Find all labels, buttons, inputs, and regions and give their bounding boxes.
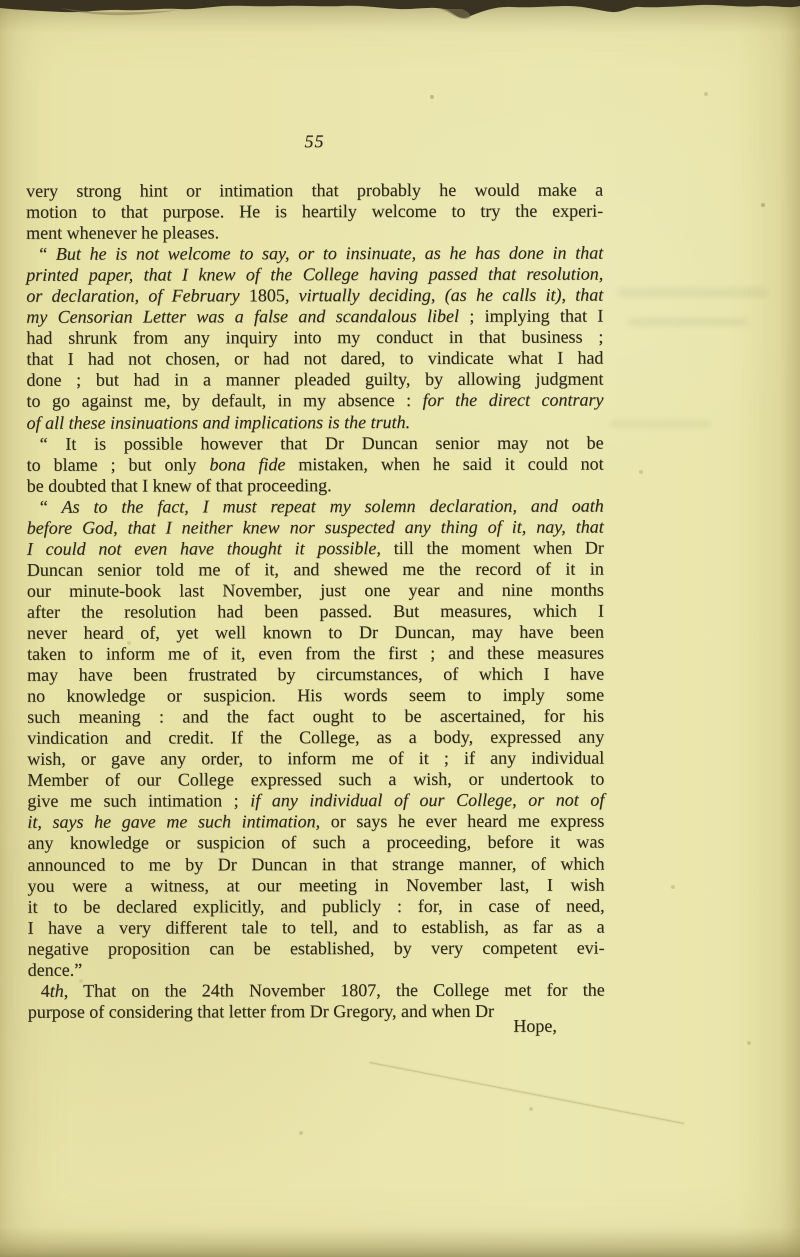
- text-line: dence.”: [28, 958, 605, 980]
- text-block: very strong hint or intimation that prob…: [26, 180, 605, 1023]
- text-segment: motion to that purpose. He is heartily w…: [26, 201, 603, 222]
- text-segment: you were a witness, at our meeting in No…: [28, 874, 605, 895]
- text-segment: But he is not welcome to say, or to insi…: [56, 243, 603, 264]
- text-segment: of all these insinuations and implicatio…: [27, 411, 411, 432]
- text-line: motion to that purpose. He is heartily w…: [26, 201, 603, 223]
- text-line: never heard of, yet well known to Dr Dun…: [27, 622, 604, 644]
- text-line: vindication and credit. If the College, …: [27, 727, 604, 749]
- text-segment: I could not even have thought it possibl…: [27, 538, 381, 559]
- text-line: it to be declared explicitly, and public…: [28, 895, 605, 917]
- text-line: printed paper, that I knew of the Colleg…: [26, 264, 603, 286]
- text-segment: vindication and credit. If the College, …: [27, 727, 604, 748]
- text-segment: announced to me by Dr Duncan in that str…: [27, 853, 604, 874]
- text-segment: I have a very different tale to tell, an…: [28, 916, 605, 937]
- text-segment: Duncan senior told me of it, and shewed …: [27, 558, 604, 579]
- text-line: taken to inform me of it, even from the …: [27, 643, 604, 665]
- text-segment: 1805: [249, 285, 285, 305]
- text-segment: may have been frustrated by circumstance…: [27, 664, 604, 685]
- text-line: any knowledge or suspicion of such a pro…: [27, 832, 604, 854]
- text-line: “ But he is not welcome to say, or to in…: [26, 243, 603, 265]
- text-line: done ; but had in a manner pleaded guilt…: [26, 369, 603, 391]
- text-line: our minute-book last November, just one …: [27, 579, 604, 601]
- text-line: my Censorian Letter was a false and scan…: [26, 306, 603, 328]
- text-segment: taken to inform me of it, even from the …: [27, 643, 604, 664]
- text-line: to go against me, by default, in my abse…: [27, 390, 604, 412]
- text-segment: or says he ever heard me express: [320, 811, 604, 832]
- text-line: wish, or gave any order, to inform me of…: [27, 748, 604, 770]
- text-segment: ; implying that I: [459, 306, 603, 326]
- catchword: Hope,: [513, 1016, 557, 1036]
- text-line: Member of our College expressed such a w…: [27, 769, 604, 791]
- text-line: to blame ; but only bona fide mistaken, …: [27, 453, 604, 475]
- text-segment: “: [40, 496, 62, 516]
- text-segment: to go against me, by default, in my abse…: [27, 390, 423, 411]
- text-segment: bona fide: [209, 454, 285, 474]
- text-line: had shrunk from any inquiry into my cond…: [26, 327, 603, 349]
- text-segment: for the direct contrary: [423, 390, 604, 410]
- text-line: or declaration, of February 1805, virtua…: [26, 285, 603, 307]
- text-segment: be doubted that I knew of that proceedin…: [27, 475, 332, 496]
- scanned-book-page: 55 very strong hint or intimation that p…: [0, 0, 800, 1257]
- text-segment: , That on the 24th November 1807, the Co…: [64, 979, 605, 1000]
- text-line: such meaning : and the fact ought to be …: [27, 706, 604, 728]
- text-segment: till the moment when Dr: [381, 537, 604, 557]
- text-line: may have been frustrated by circumstance…: [27, 664, 604, 686]
- text-segment: give me such intimation ;: [27, 791, 250, 811]
- text-line: “ As to the fact, I must repeat my solem…: [27, 495, 604, 517]
- text-segment: our minute-book last November, just one …: [27, 579, 604, 600]
- text-segment: “ It is possible however that Dr Duncan …: [40, 432, 604, 453]
- text-segment: printed paper, that I knew of the Colleg…: [26, 264, 603, 285]
- text-segment: it to be declared explicitly, and public…: [28, 895, 605, 916]
- text-segment: if any individual of our College, or not…: [250, 790, 604, 811]
- text-segment: after the resolution had been passed. Bu…: [27, 601, 604, 622]
- text-segment: done ; but had in a manner pleaded guilt…: [26, 369, 603, 390]
- text-segment: had shrunk from any inquiry into my cond…: [26, 327, 603, 348]
- text-line: of all these insinuations and implicatio…: [27, 411, 604, 433]
- text-segment: Member of our College expressed such a w…: [27, 769, 604, 790]
- text-segment: , virtually deciding, (as he calls it), …: [285, 285, 603, 306]
- print-area: 55 very strong hint or intimation that p…: [0, 0, 800, 1257]
- text-line: Duncan senior told me of it, and shewed …: [27, 558, 604, 580]
- page-number: 55: [26, 131, 603, 153]
- text-line: 4th, That on the 24th November 1807, the…: [28, 979, 605, 1001]
- text-segment: As to the fact, I must repeat my solemn …: [62, 495, 604, 516]
- text-segment: dence.”: [28, 959, 83, 979]
- text-segment: ment whenever he pleases.: [26, 222, 219, 242]
- text-segment: negative proposition can be established,…: [28, 937, 605, 958]
- catchword-line: Hope,: [28, 1015, 605, 1038]
- text-segment: “: [39, 244, 56, 264]
- text-segment: 4: [41, 981, 50, 1001]
- text-line: negative proposition can be established,…: [28, 937, 605, 959]
- text-segment: to blame ; but only: [27, 454, 210, 474]
- text-line: I have a very different tale to tell, an…: [28, 916, 605, 938]
- text-segment: mistaken, when he said it could not: [285, 453, 603, 474]
- text-line: you were a witness, at our meeting in No…: [28, 874, 605, 896]
- text-segment: before God, that I neither knew nor susp…: [27, 516, 604, 537]
- text-segment: that I had not chosen, or had not dared,…: [26, 348, 603, 369]
- text-segment: such meaning : and the fact ought to be …: [27, 706, 604, 727]
- text-segment: it, says he gave me such intimation,: [27, 812, 320, 833]
- text-line: “ It is possible however that Dr Duncan …: [27, 432, 604, 454]
- text-segment: wish, or gave any order, to inform me of…: [27, 748, 604, 769]
- text-line: I could not even have thought it possibl…: [27, 537, 604, 559]
- text-line: after the resolution had been passed. Bu…: [27, 601, 604, 623]
- text-line: announced to me by Dr Duncan in that str…: [27, 853, 604, 875]
- text-line: that I had not chosen, or had not dared,…: [26, 348, 603, 370]
- text-segment: very strong hint or intimation that prob…: [26, 180, 603, 201]
- text-segment: my Censorian Letter was a false and scan…: [26, 306, 459, 327]
- text-line: it, says he gave me such intimation, or …: [27, 811, 604, 833]
- text-line: no knowledge or suspicion. His words see…: [27, 685, 604, 707]
- text-line: ment whenever he pleases.: [26, 222, 603, 244]
- text-segment: or declaration, of February: [26, 286, 249, 306]
- text-line: very strong hint or intimation that prob…: [26, 180, 603, 202]
- text-segment: no knowledge or suspicion. His words see…: [27, 685, 604, 706]
- text-segment: th: [50, 980, 64, 1000]
- text-line: be doubted that I knew of that proceedin…: [27, 474, 604, 496]
- text-line: before God, that I neither knew nor susp…: [27, 516, 604, 538]
- text-segment: any knowledge or suspicion of such a pro…: [27, 832, 604, 853]
- text-line: give me such intimation ; if any individ…: [27, 790, 604, 812]
- text-segment: never heard of, yet well known to Dr Dun…: [27, 622, 604, 643]
